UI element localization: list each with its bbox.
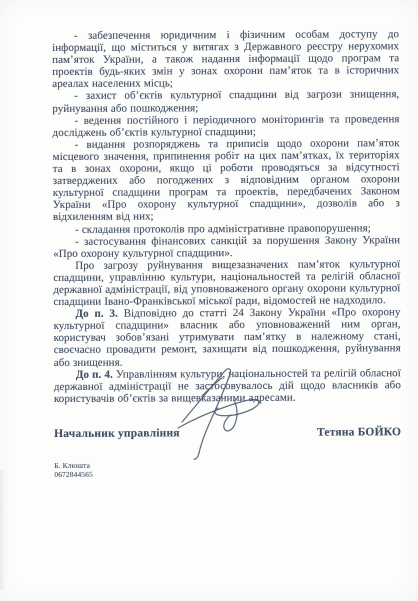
paragraph: Про загрозу руйнування вищезазначених па…: [53, 258, 400, 308]
paragraph: - ведення постійного і періодичного моні…: [52, 113, 399, 139]
signer-name: Тетяна БОЙКО: [317, 426, 401, 438]
paragraph-text: - видання розпоряджень та приписів щодо …: [53, 137, 400, 223]
signer-title: Начальник управління: [54, 427, 180, 440]
contact-phone: 0672844565: [54, 469, 401, 480]
signature-row: Начальник управління Тетяна БОЙКО: [54, 426, 401, 440]
paragraph: До п. 4. Управлінням культури, національ…: [54, 367, 401, 405]
contact-block: Б. Клюшта 0672844565: [54, 459, 401, 480]
paragraph-lead: До п. 3.: [75, 308, 117, 320]
paragraph: - забезпечення юридичним і фізичним особ…: [52, 28, 399, 90]
paragraph-text: Про загрозу руйнування вищезазначених па…: [53, 258, 400, 308]
paragraph-text: - ведення постійного і періодичного моні…: [53, 113, 400, 139]
paragraph-text: - захист об’єктів культурної спадщини ві…: [52, 89, 399, 115]
paragraph: - видання розпоряджень та приписів щодо …: [53, 137, 400, 223]
scan-edge-artifact: [0, 470, 6, 590]
document-body: - забезпечення юридичним і фізичним особ…: [52, 28, 401, 405]
paragraph-text: - забезпечення юридичним і фізичним особ…: [52, 28, 399, 90]
scanned-letter-page: - забезпечення юридичним і фізичним особ…: [0, 0, 418, 601]
paragraph-text: - застосування фінансових санкцій за пор…: [53, 234, 400, 260]
paragraph: - захист об’єктів культурної спадщини ві…: [52, 89, 399, 115]
paragraph: - застосування фінансових санкцій за пор…: [53, 234, 400, 260]
paragraph: До п. 3. Відповідно до статті 24 Закону …: [53, 306, 400, 368]
document-content: - забезпечення юридичним і фізичним особ…: [52, 28, 401, 480]
paragraph-lead: До п. 4.: [76, 368, 113, 380]
